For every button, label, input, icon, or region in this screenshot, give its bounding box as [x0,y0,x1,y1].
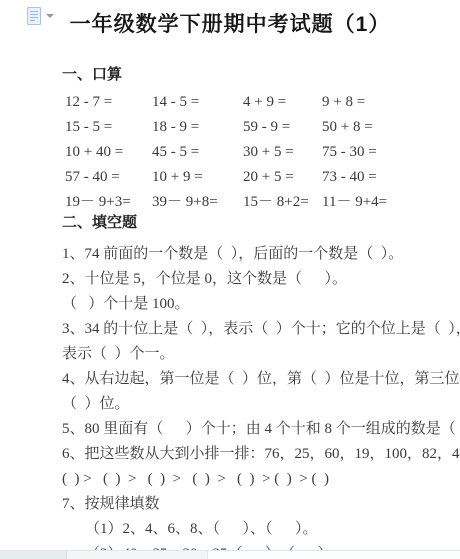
bottom-strip-segment [0,551,67,559]
bottom-partial-element [0,550,460,559]
exam-document-page: 一年级数学下册期中考试题（1） 一、口算 12 - 7 = 14 - 5 = 4… [0,0,460,559]
calc-problem: 19－ 9+3= [65,190,152,215]
fill-question: （1）2、4、6、8、（ ）、（ ）。 [62,517,446,542]
calc-problem: 73 - 40 = [322,165,446,190]
fill-in-blanks-list: 1、74 前面的一个数是（ ），后面的一个数是（ ）。 2、十位是 5，个位是 … [62,242,446,559]
calc-problem: 4 + 9 = [243,90,322,115]
oral-calc-grid: 12 - 7 = 14 - 5 = 4 + 9 = 9 + 8 = 15 - 5… [62,90,446,215]
calc-problem: 50 + 8 = [322,115,446,140]
calc-problem: 39－ 9+8= [152,190,243,215]
fill-question: 6、把这些数从大到小排一排：76，25，60，19，100，82，46 。 [62,442,446,467]
calc-problem: 12 - 7 = [65,90,152,115]
fill-question: 5、80 里面有（ ）个十；由 4 个十和 8 个一组成的数是（ ）。 [62,417,446,442]
calc-problem: 57 - 40 = [65,165,152,190]
calc-row: 57 - 40 = 10 + 9 = 20 + 5 = 73 - 40 = [65,165,446,190]
calc-problem: 15－ 8+2= [243,190,322,215]
calc-row: 10 + 40 = 45 - 5 = 30 + 5 = 75 - 30 = [65,140,446,165]
fill-question: 表示（ ）个一。 [62,342,446,367]
calc-problem: 18 - 9 = [152,115,243,140]
calc-problem: 11－ 9+4= [322,190,446,215]
calc-problem: 10 + 40 = [65,140,152,165]
document-icon[interactable] [27,7,41,25]
page-title: 一年级数学下册期中考试题（1） [0,10,460,40]
document-toolbar [27,7,54,25]
calc-row: 15 - 5 = 18 - 9 = 59 - 9 = 50 + 8 = [65,115,446,140]
fill-question: （ ）位。 [62,392,446,417]
calc-row: 19－ 9+3= 39－ 9+8= 15－ 8+2= 11－ 9+4= [65,190,446,215]
fill-question: （ ）个十是 100。 [62,292,446,317]
calc-problem: 9 + 8 = [322,90,446,115]
calc-row: 12 - 7 = 14 - 5 = 4 + 9 = 9 + 8 = [65,90,446,115]
section-oral-heading: 一、口算 [62,67,446,83]
calc-problem: 30 + 5 = [243,140,322,165]
bottom-strip-segment [208,551,460,559]
calc-problem: 15 - 5 = [65,115,152,140]
calc-problem: 20 + 5 = [243,165,322,190]
fill-question: 2、十位是 5，个位是 0，这个数是（ ）。 [62,267,446,292]
bottom-strip-segment [67,551,208,559]
calc-problem: 14 - 5 = [152,90,243,115]
section-fill-heading: 二、填空题 [62,215,446,231]
fill-question: 4、从右边起，第一位是（ ）位，第（ ）位是十位，第三位是 [62,367,446,392]
calc-problem: 75 - 30 = [322,140,446,165]
calc-problem: 45 - 5 = [152,140,243,165]
chevron-down-icon[interactable] [46,14,54,18]
fill-question: 3、34 的十位上是（ ），表示（ ）个十；它的个位上是（ ）， [62,317,446,342]
calc-problem: 10 + 9 = [152,165,243,190]
fill-question: 7、按规律填数 [62,492,446,517]
fill-question: ( ) > ( ) > ( ) > ( ) > ( ) > ( ) > ( ) [62,467,446,492]
calc-problem: 59 - 9 = [243,115,322,140]
fill-question: 1、74 前面的一个数是（ ），后面的一个数是（ ）。 [62,242,446,267]
document-content: 一、口算 12 - 7 = 14 - 5 = 4 + 9 = 9 + 8 = 1… [0,67,460,559]
